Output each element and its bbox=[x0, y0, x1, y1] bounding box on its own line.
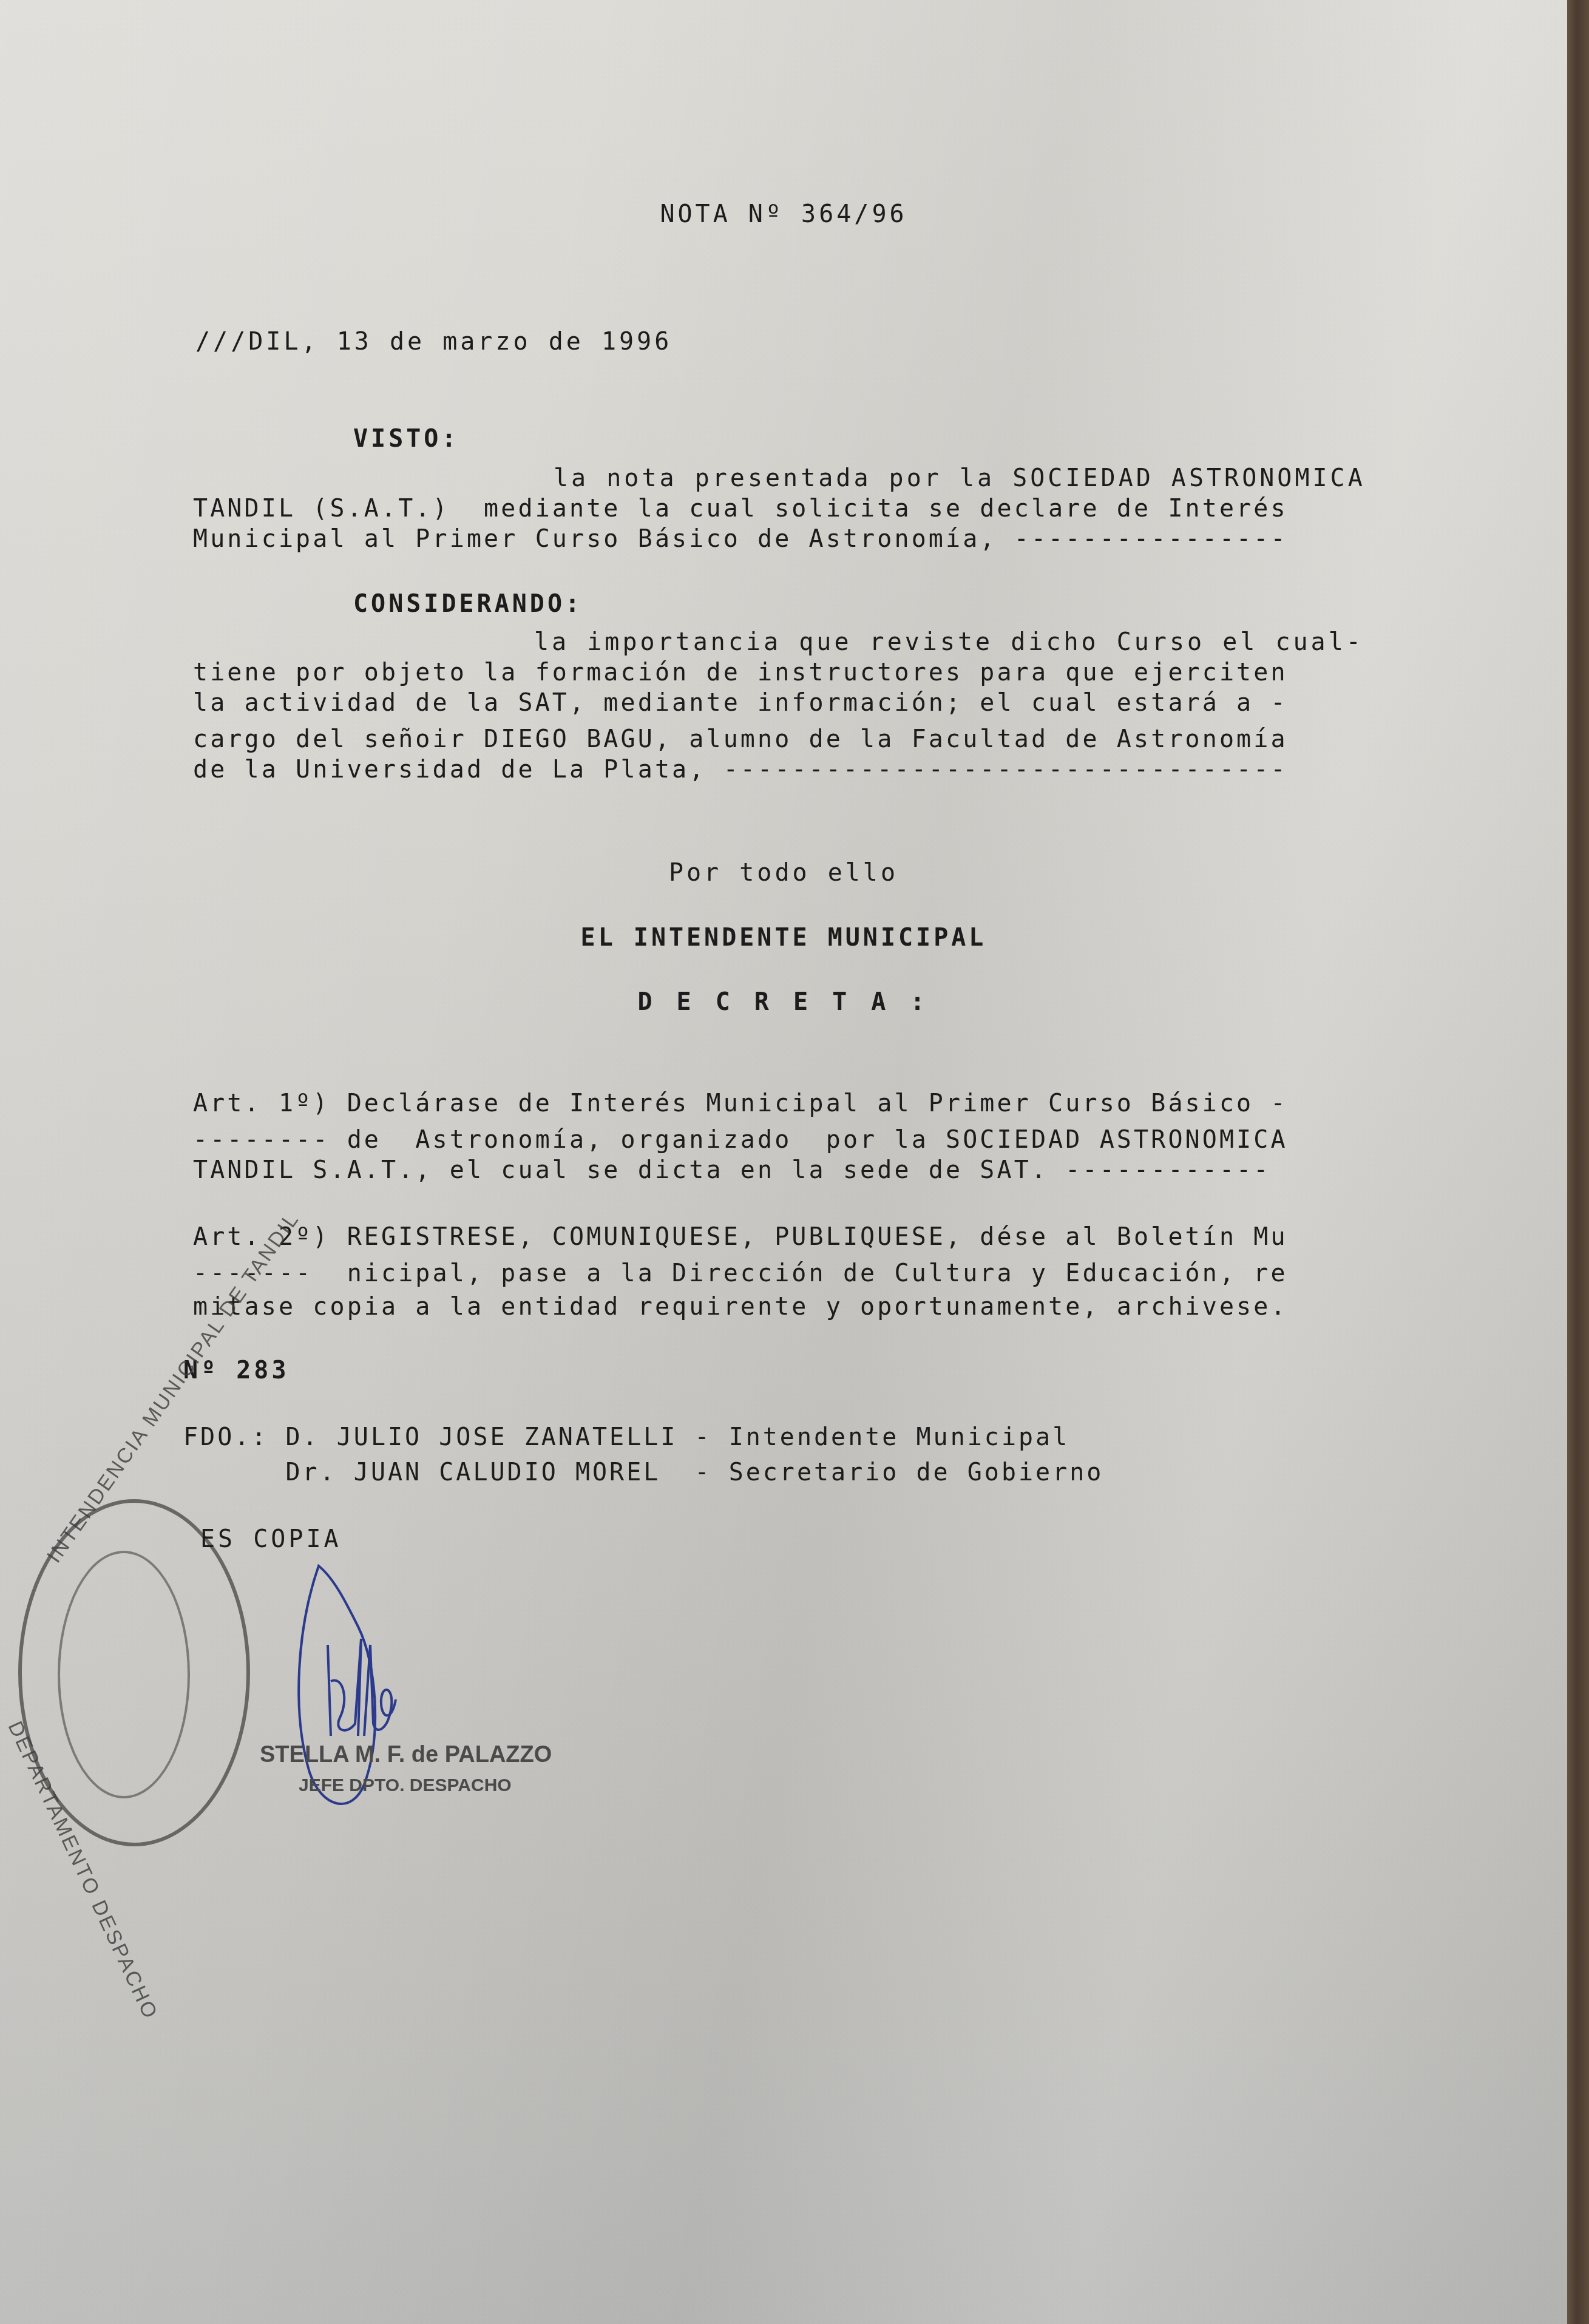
article-1-line-3: TANDIL S.A.T., el cual se dicta en la se… bbox=[193, 1156, 1462, 1184]
article-2-line-2: ------- nicipal, pase a la Dirección de … bbox=[193, 1259, 1462, 1287]
considerando-line-1: la importancia que reviste dicho Curso e… bbox=[534, 628, 1364, 656]
signatory-2: Dr. JUAN CALUDIO MOREL - Secretario de G… bbox=[183, 1458, 1103, 1486]
visto-line-2: TANDIL (S.A.T.) mediante la cual solicit… bbox=[193, 495, 1462, 523]
nota-number: NOTA Nº 364/96 bbox=[0, 200, 1567, 228]
date-line: ///DIL, 13 de marzo de 1996 bbox=[195, 328, 672, 356]
visto-line-1: la nota presentada por la SOCIEDAD ASTRO… bbox=[554, 464, 1366, 492]
intendente-heading: EL INTENDENTE MUNICIPAL bbox=[0, 924, 1567, 952]
article-2-line-3: mitase copia a la entidad requirente y o… bbox=[193, 1293, 1462, 1321]
considerando-line-3: la actividad de la SAT, mediante informa… bbox=[193, 689, 1462, 717]
document-page: NOTA Nº 364/96 ///DIL, 13 de marzo de 19… bbox=[0, 0, 1567, 2324]
wood-background bbox=[1565, 0, 1589, 2324]
article-2-line-1: Art. 2º) REGISTRESE, COMUNIQUESE, PUBLIQ… bbox=[193, 1223, 1462, 1251]
signatory-1: FDO.: D. JULIO JOSE ZANATELLI - Intenden… bbox=[183, 1423, 1069, 1451]
visto-heading: VISTO: bbox=[353, 425, 459, 453]
visto-line-3: Municipal al Primer Curso Básico de Astr… bbox=[193, 525, 1462, 553]
es-copia: ES COPIA bbox=[200, 1525, 342, 1553]
considerando-line-4: cargo del señoir DIEGO BAGU, alumno de l… bbox=[193, 725, 1462, 753]
decreta-heading: D E C R E T A : bbox=[0, 988, 1567, 1016]
stamp-inner-ring bbox=[58, 1551, 190, 1798]
article-1-line-1: Art. 1º) Declárase de Interés Municipal … bbox=[193, 1089, 1462, 1117]
signer-name: STELLA M. F. de PALAZZO bbox=[260, 1742, 552, 1768]
por-todo-ello: Por todo ello bbox=[0, 859, 1567, 887]
considerando-heading: CONSIDERANDO: bbox=[353, 590, 583, 618]
article-1-line-2: -------- de Astronomía, organizado por l… bbox=[193, 1126, 1462, 1154]
signer-title: JEFE DPTO. DESPACHO bbox=[299, 1775, 512, 1796]
considerando-line-2: tiene por objeto la formación de instruc… bbox=[193, 659, 1462, 686]
considerando-line-5: de la Universidad de La Plata, ---------… bbox=[193, 756, 1462, 784]
